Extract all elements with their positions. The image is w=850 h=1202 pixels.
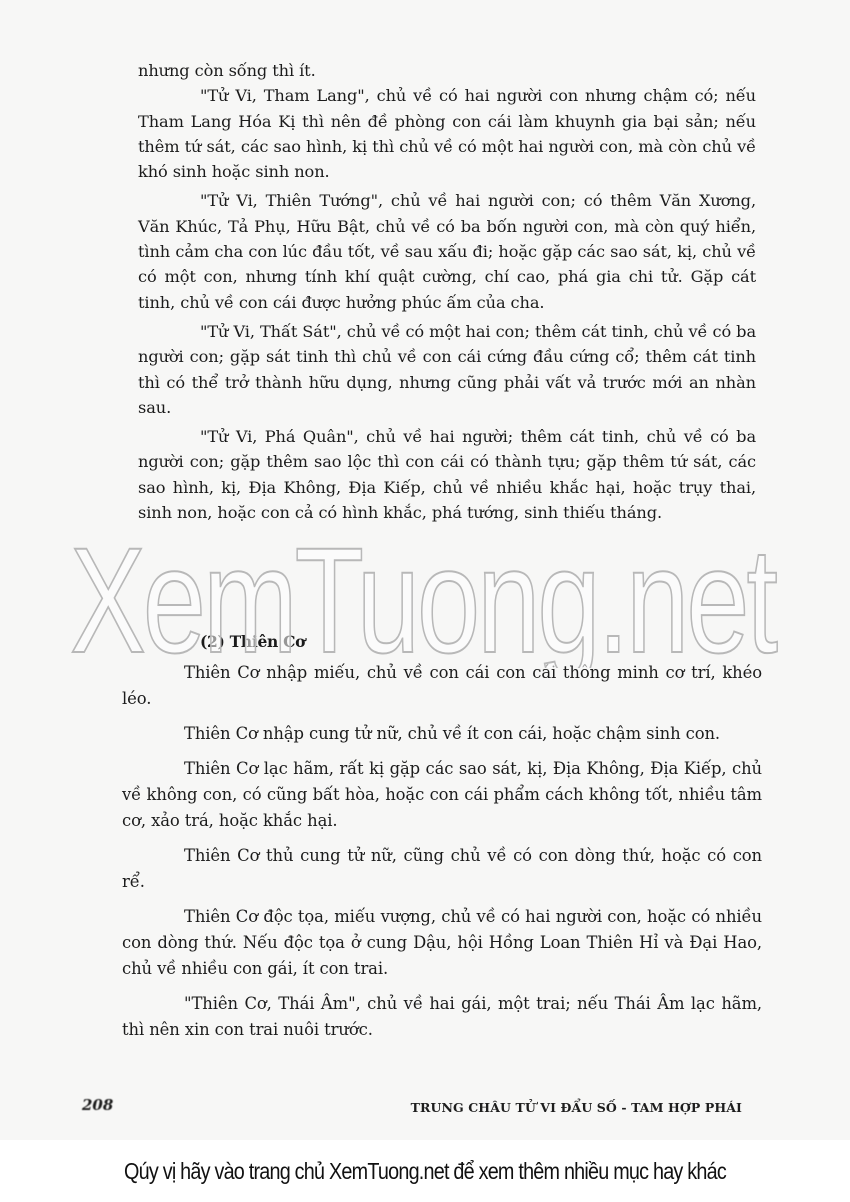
watermark: XemTuong.net — [70, 528, 780, 668]
scanned-book-page: nhưng còn sống thì ít. "Tử Vi, Tham Lang… — [0, 0, 850, 1140]
paragraph-thien-co-doc-toa: Thiên Cơ độc tọa, miếu vượng, chủ về có … — [122, 904, 762, 982]
running-footer: 208 TRUNG CHÂU TỬ VI ĐẨU SỐ - TAM HỢP PH… — [0, 1096, 850, 1126]
page-number: 208 — [82, 1096, 113, 1114]
section-thien-co: Thiên Cơ nhập miếu, chủ về con cái con c… — [122, 660, 762, 1052]
paragraph-thien-co-lac-ham: Thiên Cơ lạc hãm, rất kị gặp các sao sát… — [122, 756, 762, 834]
paragraph-thien-co-nhap-cung: Thiên Cơ nhập cung tử nữ, chủ về ít con … — [122, 721, 762, 747]
paragraph-tu-vi-that-sat: "Tử Vi, Thất Sát", chủ về có một hai con… — [138, 319, 756, 420]
paragraph-thien-co-nhap-mieu: Thiên Cơ nhập miếu, chủ về con cái con c… — [122, 660, 762, 712]
paragraph-tu-vi-thien-tuong: "Tử Vi, Thiên Tướng", chủ về hai người c… — [138, 188, 756, 314]
section-heading-thien-co: (2) Thiên Cơ — [200, 632, 305, 651]
paragraph-thien-co-thu-cung: Thiên Cơ thủ cung tử nữ, cũng chủ về có … — [122, 843, 762, 895]
watermark-text: XemTuong.net — [70, 528, 778, 668]
paragraph-continuation: nhưng còn sống thì ít. — [138, 58, 756, 83]
section-tu-vi: nhưng còn sống thì ít. "Tử Vi, Tham Lang… — [138, 58, 756, 525]
paragraph-thien-co-thai-am: "Thiên Cơ, Thái Âm", chủ về hai gái, một… — [122, 991, 762, 1043]
paragraph-tu-vi-pha-quan: "Tử Vi, Phá Quân", chủ về hai người; thê… — [138, 424, 756, 525]
paragraph-tu-vi-tham-lang: "Tử Vi, Tham Lang", chủ về có hai người … — [138, 83, 756, 184]
book-title: TRUNG CHÂU TỬ VI ĐẨU SỐ - TAM HỢP PHÁI — [411, 1100, 742, 1115]
site-promo-caption: Qúy vị hãy vào trang chủ XemTuong.net để… — [60, 1158, 791, 1185]
